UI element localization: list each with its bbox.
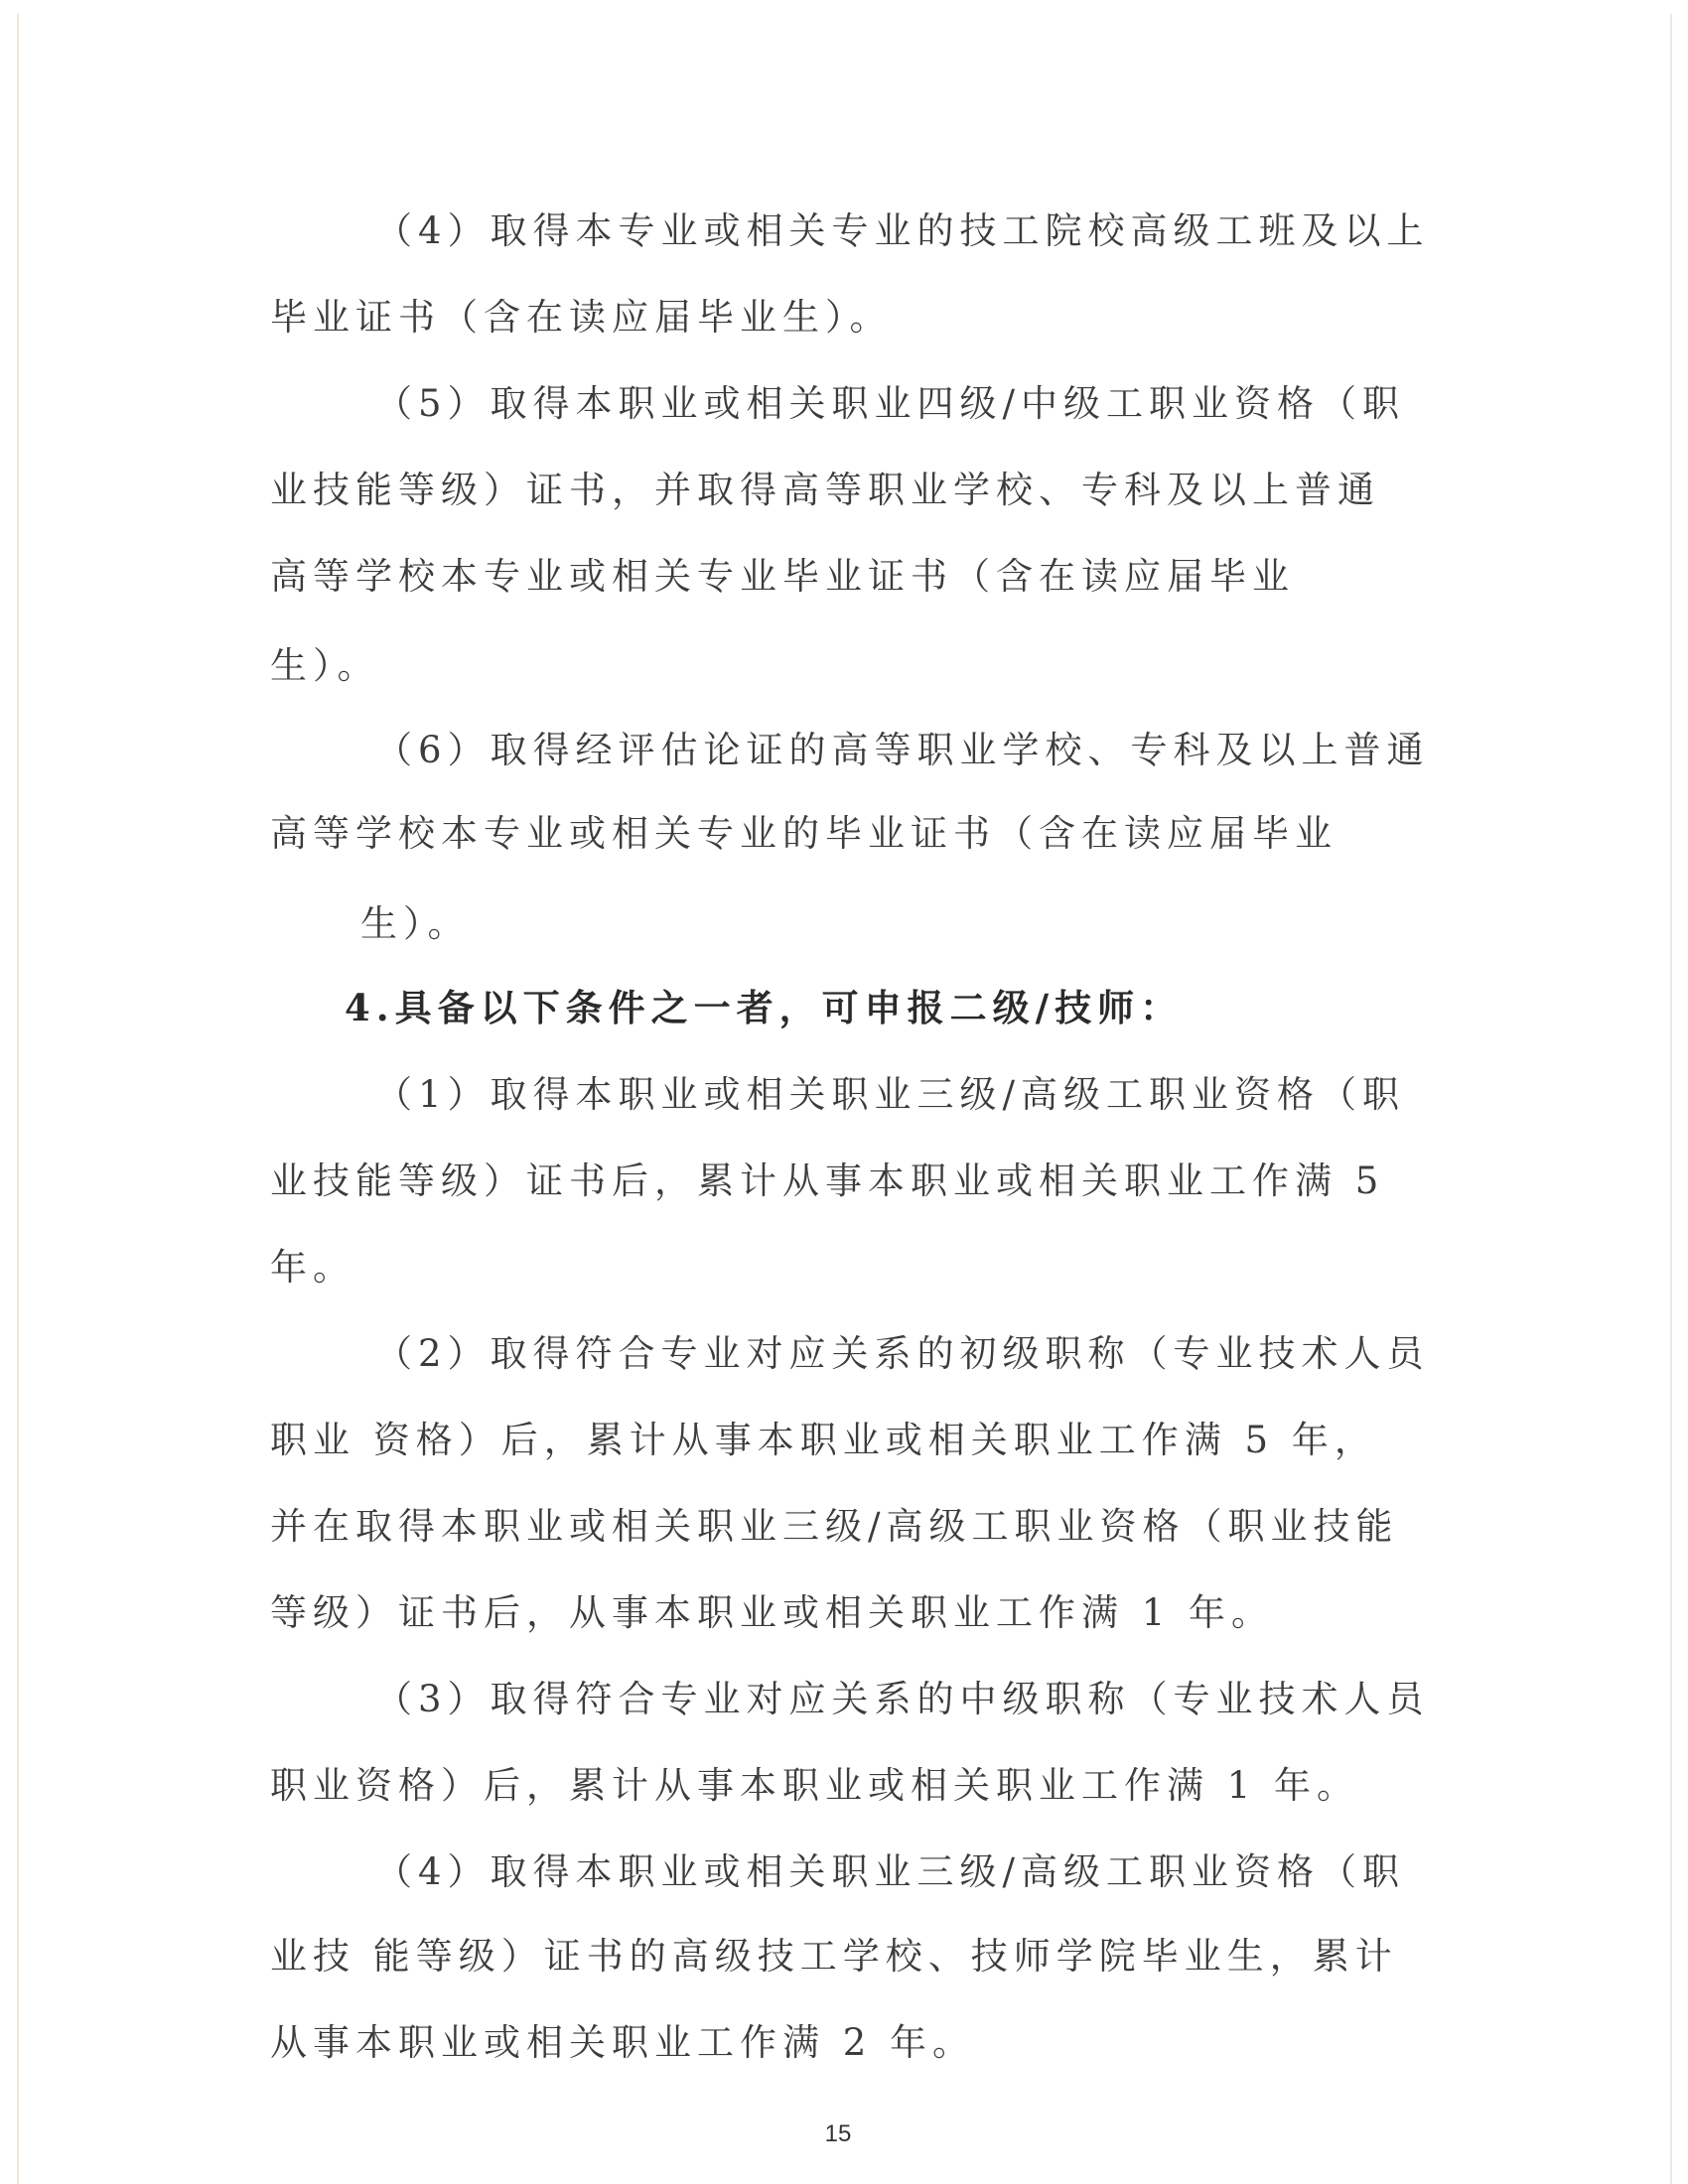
paragraph-line: 生）。: [270, 644, 380, 688]
paragraph-line: 生）。: [360, 902, 471, 946]
paragraph-line: 业技能等级）证书后，累计从事本职业或相关职业工作满 5: [270, 1160, 1384, 1203]
paragraph-line: 从事本职业或相关职业工作满 2 年。: [270, 2021, 975, 2065]
paragraph-line: 高等学校本专业或相关专业的毕业证书（含在读应届毕业: [270, 812, 1337, 856]
paragraph-line: （4）取得本专业或相关专业的技工院校高级工班及以上: [375, 209, 1430, 253]
paragraph-line: 年。: [270, 1246, 355, 1290]
paragraph-line: 毕业证书（含在读应届毕业生）。: [270, 296, 893, 340]
paragraph-line: 等级）证书后，从事本职业或相关职业工作满 1 年。: [270, 1591, 1274, 1635]
paragraph-line: 业技能等级）证书，并取得高等职业学校、专科及以上普通: [270, 469, 1380, 512]
paragraph-line: （1）取得本职业或相关职业三级/高级工职业资格（职: [375, 1073, 1405, 1117]
paragraph-line: （3）取得符合专业对应关系的中级职称（专业技术人员: [375, 1678, 1430, 1721]
paragraph-line: （6）取得经评估论证的高等职业学校、专科及以上普通: [375, 729, 1430, 772]
page-number: 15: [818, 2120, 858, 2148]
document-page: （4）取得本专业或相关专业的技工院校高级工班及以上 毕业证书（含在读应届毕业生）…: [0, 0, 1688, 2184]
paragraph-line: （2）取得符合专业对应关系的初级职称（专业技术人员: [375, 1332, 1430, 1376]
paragraph-line: 高等学校本专业或相关专业毕业证书（含在读应届毕业: [270, 555, 1295, 599]
paragraph-line: 职业资格）后，累计从事本职业或相关职业工作满 1 年。: [270, 1764, 1359, 1808]
paragraph-line: 并在取得本职业或相关职业三级/高级工职业资格（职业技能: [270, 1505, 1398, 1549]
paragraph-line: （4）取得本职业或相关职业三级/高级工职业资格（职: [375, 1850, 1405, 1894]
paragraph-line: （5）取得本职业或相关职业四级/中级工职业资格（职: [375, 382, 1405, 426]
paragraph-line: 职业 资格）后，累计从事本职业或相关职业工作满 5 年，: [270, 1419, 1377, 1462]
section-heading: 4.具备以下条件之一者，可申报二级/技师：: [345, 986, 1183, 1029]
paragraph-line: 业技 能等级）证书的高级技工学校、技师学院毕业生，累计: [270, 1935, 1398, 1979]
